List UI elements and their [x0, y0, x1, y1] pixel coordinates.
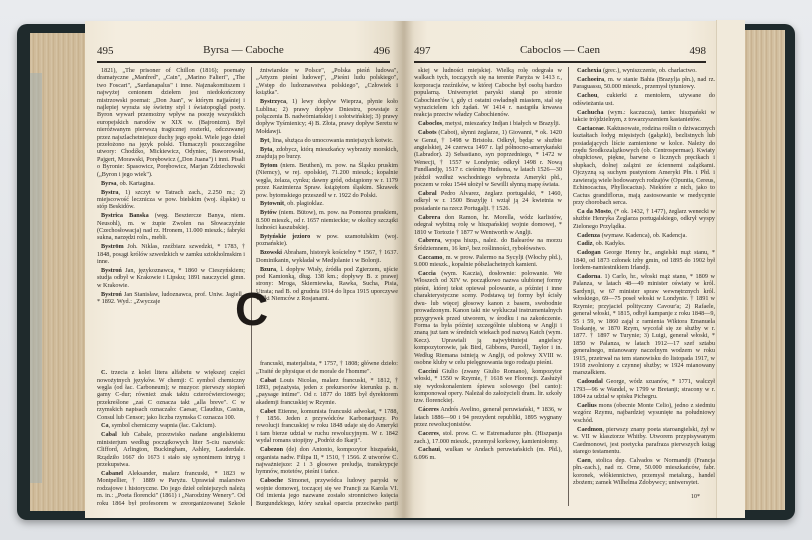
dictionary-entry: Bystroń Jan, językoznawca, * 1860 w Cies…: [97, 267, 245, 289]
page-edges-left: [30, 33, 87, 511]
entry-headword: Cabral: [418, 190, 437, 197]
entry-headword: Byt: [260, 137, 269, 144]
dictionary-entry: Cabrera don Ramon, hr. Morella, wódz kar…: [414, 214, 562, 236]
dictionary-entry: Ca da Mosto, (* ok. 1432, † 1477), żegla…: [573, 208, 715, 230]
entry-text: lub Cabale, przezwisko nadane angielskie…: [97, 431, 245, 468]
entries: Cachexia (grec.), wyniszczenie, ob. char…: [573, 67, 715, 486]
dictionary-entry: Cachexia (grec.), wyniszczenie, ob. char…: [573, 67, 715, 74]
entry-text: , symbol chemiczny wapnia (łac. Calcium)…: [109, 422, 217, 429]
entry-headword: Bystra: [101, 189, 119, 196]
left-column-2: żniwiarskie w Polsce", „Polska pieśń lud…: [251, 67, 398, 506]
entry-headword: Cachexia: [577, 67, 601, 74]
entry-headword: Cabal: [101, 431, 117, 438]
dictionary-entry: francuski, materjalista, * 1757, † 1808;…: [256, 360, 398, 375]
dictionary-entry: C. trzecia z kolei litera alfabetu w wię…: [97, 369, 245, 421]
dictionary-entry: Cabat Louis Nicolas, malarz francuski, *…: [256, 377, 398, 407]
entry-headword: Cabat: [260, 377, 276, 384]
dictionary-entry: Bytownit, ob. plagioklaz.: [256, 200, 398, 207]
entry-text: (niem. Bütow), m. pow. na Pomorzu pruski…: [256, 209, 398, 231]
entry-headword: Cachucha: [577, 109, 603, 116]
dictionary-entry: Cadorna. 1) Carlo, hr., włoski mąż stanu…: [573, 273, 715, 377]
dictionary-entry: Bystroń Jan Stanisław, ludoznawca, prof.…: [97, 291, 245, 306]
dictionary-entry: Caccamo, m. w prow. Palermo na Sycylji (…: [414, 254, 562, 269]
entries-top: żniwiarskie w Polsce", „Polska pieśń lud…: [256, 67, 398, 303]
dictionary-entry: Byta, zdobycz, którą mieszkańcy wybrzeży…: [256, 146, 398, 161]
entry-headword: Caboche: [260, 477, 283, 484]
entry-headword: Byrsa: [101, 180, 116, 187]
dictionary-entry: Caceres, stol. prow. C. w Estremadurze p…: [414, 430, 562, 445]
dictionary-entry: Cachaui, wulkan w Andach peruwiańskich (…: [414, 446, 562, 461]
dictionary-entry: Bystrzyca, 1) lewy dopływ Wieprza, płyni…: [256, 98, 398, 135]
entry-headword: Caccamo: [418, 254, 442, 261]
dictionary-entry: Cabanel Aleksander, malarz francuski, * …: [97, 470, 245, 506]
dictionary-entry: Cabezon (de) don Antonio, kompozytor his…: [256, 446, 398, 476]
entry-text: , ob. plagioklaz.: [284, 200, 324, 207]
entry-text: (wymaw. Kadenca), ob. Kadencja.: [600, 232, 687, 239]
dictionary-entry: Bytom (niem. Beuthen), m. pow. na Śląsku…: [256, 162, 398, 199]
entry-headword: Caelius: [577, 402, 597, 409]
entry-headword: Cachaui: [418, 446, 440, 453]
dictionary-entry: Bytyńskie jezioro w pow. szamotulskim (w…: [256, 233, 398, 248]
dictionary-entry: Bzowski Abraham, historyk kościelny * 15…: [256, 249, 398, 264]
entry-headword: Bytów: [260, 209, 277, 216]
entry-headword: Cabanel: [101, 470, 123, 477]
entry-text: trzecia z kolei litera alfabetu w większ…: [97, 369, 245, 420]
entry-headword: Cachoeira: [577, 76, 604, 83]
entry-headword: Bzura: [260, 266, 276, 273]
entry-text: skiej w ludności miejskiej. Wielką rolę …: [414, 67, 562, 118]
entry-headword: Cadogan: [577, 249, 601, 256]
dictionary-entry: Cabrera, wyspa hiszp., należ. do Balearó…: [414, 237, 562, 252]
entry-text: Louis Nicolas, malarz francuski, * 1812,…: [256, 377, 398, 406]
dictionary-entry: Bystra, 1) szczyt w Tatrach zach., 2.250…: [97, 189, 245, 211]
running-head-right: Caboclos — Caen: [414, 44, 706, 56]
dictionary-entry: Bystrica Banska (węg. Besztercze Banya, …: [97, 212, 245, 242]
running-head-left: Byrsa — Caboche: [97, 44, 390, 56]
dictionary-entry: Cachou, cukierki z mentolem, używane do …: [573, 92, 715, 107]
entry-headword: Caccini: [418, 368, 438, 375]
dictionary-entry: Bzura, l. dopływ Wisły, źródła pod Zgier…: [256, 266, 398, 303]
signature-mark: 10*: [691, 494, 700, 500]
dictionary-entry: Cadenza (wymaw. Kadenca), ob. Kadencja.: [573, 232, 715, 239]
left-page: 495 Byrsa — Caboche 496 1821), „The pris…: [85, 21, 402, 518]
entry-headword: Ca da Mosto: [577, 208, 611, 215]
entry-headword: Cadenza: [577, 232, 600, 239]
right-column-2: Cachexia (grec.), wyniszczenie, ob. char…: [568, 67, 715, 506]
entry-headword: Caen: [577, 457, 591, 464]
dictionary-entry: Byrsa, ob. Kartagina.: [97, 180, 245, 187]
entries-bottom: francuski, materjalista, * 1757, † 1808;…: [256, 360, 398, 506]
dictionary-entry: Cadoudal George, wódz szuanów, * 1771, w…: [573, 378, 715, 400]
entry-text: , lina, służąca do umocowania mniejszych…: [269, 137, 393, 144]
cover-lining: [30, 73, 42, 483]
entry-text: . Kaktusowate, rodzina roślin o dziwaczn…: [573, 125, 715, 206]
entry-text: francuski, materjalista, * 1757, † 1808;…: [256, 360, 398, 374]
right-page-columns: skiej w ludności miejskiej. Wielką rolę …: [414, 67, 708, 506]
entry-headword: Cadorna: [577, 273, 600, 280]
entry-headword: Bytyńskie jezioro: [260, 233, 310, 240]
entry-headword: Cáceres: [418, 406, 439, 413]
entry-headword: Cactaceae: [577, 125, 604, 132]
entry-text: Etienne, komunista francuski adwokat, * …: [256, 408, 398, 445]
entry-headword: Cachou: [577, 92, 597, 99]
entry-headword: Cabots: [418, 129, 437, 136]
entry-text: Pedro Alvarez, żeglarz portugalski, * 14…: [414, 190, 562, 212]
entry-text: (grec.), wyniszczenie, ob. charlactwo.: [601, 67, 696, 74]
entries: skiej w ludności miejskiej. Wielką rolę …: [414, 67, 562, 461]
section-letter: C: [235, 286, 268, 332]
entry-headword: Caccia: [418, 270, 436, 277]
entries-top: 1821), „The prisoner of Chillon (1816); …: [97, 67, 245, 306]
dictionary-entry: Cadiz, ob. Kadyks.: [573, 240, 715, 247]
dictionary-entry: Cáceres Andrés Avelino, generał peruwiań…: [414, 406, 562, 428]
entry-headword: Ca: [101, 422, 109, 429]
dictionary-entry: Cabal lub Cabale, przezwisko nadane angi…: [97, 431, 245, 468]
entry-text: , ob. Kadyks.: [592, 240, 625, 247]
dictionary-entry: Cactaceae. Kaktusowate, rodzina roślin o…: [573, 125, 715, 206]
dictionary-entry: Cachoeira, m. w stanie Bahia (Brazylja p…: [573, 76, 715, 91]
right-column-1: skiej w ludności miejskiej. Wielką rolę …: [414, 67, 562, 506]
dictionary-entry: skiej w ludności miejskiej. Wielką rolę …: [414, 67, 562, 119]
dictionary-entry: Ca, symbol chemiczny wapnia (łac. Calciu…: [97, 422, 245, 429]
dictionary-entry: żniwiarskie w Polsce", „Polska pieśń lud…: [256, 67, 398, 97]
entry-headword: Bystrzyca: [260, 98, 286, 105]
entry-text: , stolica dep. Calvados w Normandji (Fra…: [573, 457, 715, 486]
page-edges-right: [742, 30, 785, 510]
entry-headword: Caceres: [418, 430, 439, 437]
right-page: 497 Caboclos — Caen 498 skiej w ludności…: [402, 21, 718, 518]
entry-headword: Cabezon: [260, 446, 283, 453]
entry-text: , zdobycz, którą mieszkańcy wybrzeży mor…: [256, 146, 398, 160]
entry-headword: Bystroń: [101, 291, 122, 298]
dictionary-entry: Bytów (niem. Bütow), m. pow. na Pomorzu …: [256, 209, 398, 231]
entry-headword: Cabet: [260, 408, 276, 415]
right-page-header: 497 Caboclos — Caen 498: [414, 43, 706, 63]
entry-headword: Bystroń: [101, 267, 122, 274]
loose-page-edge: [716, 20, 745, 518]
dictionary-entry: Caelius mons (obecnie Monte Celio), jedn…: [573, 402, 715, 424]
entry-headword: Caboclos: [418, 120, 442, 127]
book-gutter: [392, 21, 414, 518]
entry-headword: Cadiz: [577, 240, 592, 247]
dictionary-entry: Caedmon, pierwszy znany poeta staroangie…: [573, 426, 715, 456]
page-number-496: 496: [374, 45, 391, 57]
dictionary-entry: Byt, lina, służąca do umocowania mniejsz…: [256, 137, 398, 144]
dictionary-entry: Byström Joh. Niklas, rzeźbiarz szwedzki,…: [97, 243, 245, 265]
entry-headword: Bystrica Banska: [101, 212, 149, 219]
entry-text: żniwiarskie w Polsce", „Polska pieśń lud…: [256, 67, 398, 96]
entries-bottom: C. trzecia z kolei litera alfabetu w wię…: [97, 369, 245, 506]
entry-text: . 1) Carlo, hr., włoski mąż stanu, * 180…: [573, 273, 715, 376]
entry-headword: Caedmon: [577, 426, 602, 433]
dictionary-entry: Cabral Pedro Alvarez, żeglarz portugalsk…: [414, 190, 562, 212]
dictionary-entry: Cabet Etienne, komunista francuski adwok…: [256, 408, 398, 445]
dictionary-entry: Caboclos, metysi, mieszańcy Indjan i bia…: [414, 120, 562, 127]
dictionary-entry: Caboche Simonet, przywódca ludowy parysk…: [256, 477, 398, 506]
entry-text: , ob. Kartagina.: [116, 180, 154, 187]
dictionary-entry: Caen, stolica dep. Calvados w Normandji …: [573, 457, 715, 487]
entry-headword: Cabrera: [418, 214, 440, 221]
entry-headword: Cabrera: [418, 237, 440, 244]
entry-text: , 1) szczyt w Tatrach zach., 2.250 m.; 2…: [97, 189, 245, 211]
entry-headword: Bytom: [260, 162, 278, 169]
dictionary-entry: Cadogan George Henry hr., angielski mąż …: [573, 249, 715, 271]
left-column-1: 1821), „The prisoner of Chillon (1816); …: [97, 67, 245, 506]
entry-headword: Byström: [101, 243, 124, 250]
dictionary-entry: 1821), „The prisoner of Chillon (1816); …: [97, 67, 245, 178]
entry-headword: Cadoudal: [577, 378, 603, 385]
dictionary-entry: Cachucha (wym.: kaczucza), taniec hiszpa…: [573, 109, 715, 124]
entry-text: (niem. Beuthen), m. pow. na Śląsku prusk…: [256, 162, 398, 199]
entry-text: (wym. Kaczia), dosłownie: polowanie. We …: [414, 270, 562, 366]
entry-text: 1821), „The prisoner of Chillon (1816); …: [97, 67, 245, 178]
entry-text: (Cabot), słynni żeglarze, 1) Giovanni, *…: [414, 129, 562, 188]
entry-headword: Bzowski: [260, 249, 282, 256]
entry-headword: Byta: [260, 146, 272, 153]
left-page-header: 495 Byrsa — Caboche 496: [97, 43, 390, 63]
entry-text: , metysi, mieszańcy Indjan i białych w B…: [442, 120, 560, 127]
dictionary-entry: Caccia (wym. Kaczia), dosłownie: polowan…: [414, 270, 562, 366]
dictionary-entry: Caccini Giulio (zwany Giulio Romano), ko…: [414, 368, 562, 405]
entry-headword: Bytownit: [260, 200, 284, 207]
entry-text: , l. dopływ Wisły, źródła pod Zgierzem, …: [256, 266, 398, 303]
dictionary-entry: Cabots (Cabot), słynni żeglarze, 1) Giov…: [414, 129, 562, 188]
page-number-498: 498: [690, 45, 707, 57]
